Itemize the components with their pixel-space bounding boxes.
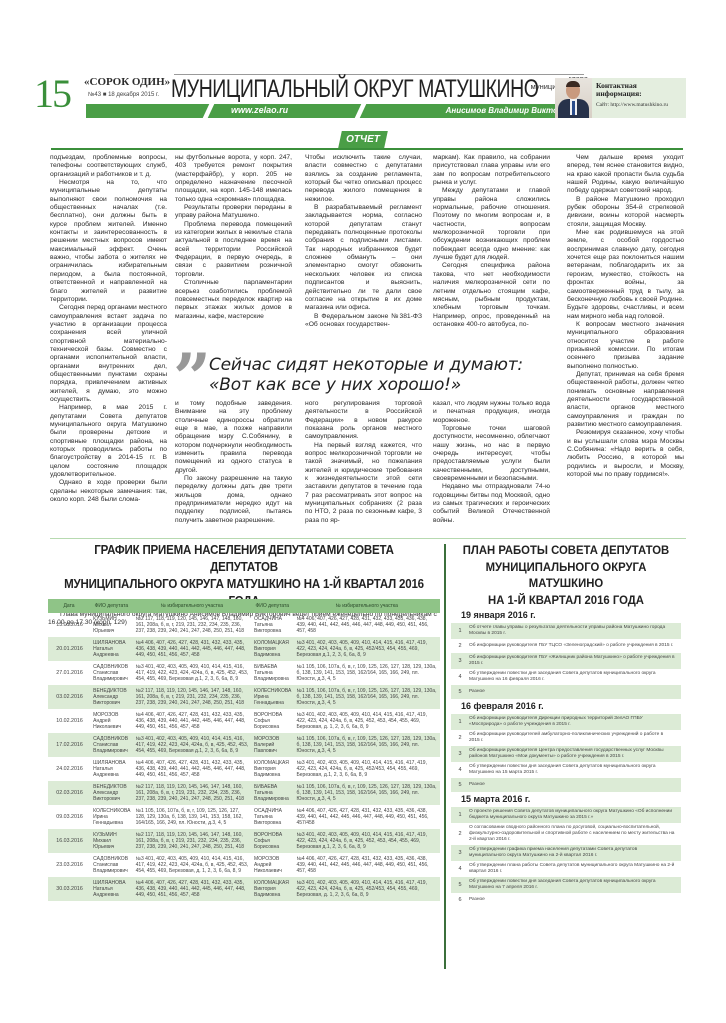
date-cell: 10.02.2016 <box>48 709 90 733</box>
article-column-2-lower: и тому подобные заведения. Внимание на э… <box>175 400 292 530</box>
plan-meetings: 19 января 2016 г.1Об отчете главы управы… <box>451 610 681 907</box>
precincts-cell: №4 406, 407, 426, 427, 428, 431, 432, 43… <box>133 637 251 661</box>
agenda-item: 1О проекте решения Совета депутатов муни… <box>451 807 681 823</box>
portrait-tie <box>572 101 575 115</box>
deputy-name-cell: САДОВНИКОВ Станислав Владимирович <box>90 661 133 685</box>
deputy-name-cell: САДОВНИКОВ Станислав Владимирович <box>90 733 133 757</box>
deputy-name-cell: КОЛОМАЦКАЯ Виктория Вадимовна <box>251 757 294 781</box>
paragraph: В Федеральном законе №381-ФЗ «Об основах… <box>305 313 422 330</box>
deputy-name-cell: ВЕНЕДИКТОВ Александр Викторович <box>90 685 133 709</box>
agenda-item-text: Об информации руководителя ГБУ ТЦСО «Зел… <box>469 643 681 649</box>
article-column-5: Чем дальше время уходит вперед, тем ясне… <box>567 154 684 530</box>
paragraph: Сегодня специфика района такова, что нет… <box>433 262 550 329</box>
agenda-item-text: Об утверждении графика приема населения … <box>469 847 681 859</box>
agenda-item-text: Об утверждении повестки дня заседания Со… <box>469 764 681 776</box>
agenda-item-text: Разное <box>469 689 681 695</box>
agenda-item-number: 2 <box>451 735 469 741</box>
agenda-item-number: 4 <box>451 767 469 773</box>
agenda-item-number: 2 <box>451 831 469 837</box>
contact-title: Контактная информация: <box>596 82 682 98</box>
agenda-item-number: 3 <box>451 850 469 856</box>
precincts-cell: №4 406, 407, 426, 427, 428, 431, 432, 43… <box>133 757 251 781</box>
work-plan: ПЛАН РАБОТЫ СОВЕТА ДЕПУТАТОВ МУНИЦИПАЛЬН… <box>451 542 681 907</box>
precincts-cell: №4 406, 407, 426, 427, 428, 431, 432, 43… <box>133 877 251 901</box>
table-row: 27.01.2016САДОВНИКОВ Станислав Владимиро… <box>48 661 440 685</box>
precincts-cell: №2 117, 118, 119, 120, 145, 146, 147, 14… <box>133 685 251 709</box>
agenda-item-text: О согласовании сводного районного плана … <box>469 825 681 843</box>
deputy-name-cell: МОРОЗОВ Андрей Николаевич <box>251 853 294 877</box>
section-divider <box>50 538 686 539</box>
agenda-item-number: 3 <box>451 751 469 757</box>
pull-quote: ” Сейчас сидят некоторые и думают: «Вот … <box>173 352 563 398</box>
agenda-item-number: 5 <box>451 882 469 888</box>
agenda-item-number: 6 <box>451 897 469 903</box>
article-column-3-lower: ного регулирования торговой деятельности… <box>305 400 422 530</box>
table-row: 03.02.2016ВЕНЕДИКТОВ Александр Викторови… <box>48 685 440 709</box>
agenda-item-text: О проекте решения Совета депутатов муниц… <box>469 809 681 821</box>
plan-title-line-2: МУНИЦИПАЛЬНОГО ОКРУГА МАТУШКИНО <box>460 559 672 592</box>
paragraph: Чтобы исключить такие случаи, власти сов… <box>305 154 422 204</box>
paragraph: Мне как родившемуся на этой земле, с осо… <box>567 229 684 321</box>
paragraph: Чем дальше время уходит вперед, тем ясне… <box>567 154 684 196</box>
date-cell: 03.02.2016 <box>48 685 90 709</box>
precincts-cell: №3 401, 402, 403, 405, 409, 410, 414, 41… <box>133 661 251 685</box>
precincts-cell: №2 117, 118, 119, 120, 145, 146, 147, 14… <box>133 829 251 853</box>
agenda-item-number: 2 <box>451 643 469 649</box>
agenda-item-number: 5 <box>451 689 469 695</box>
precincts-cell: №1 105, 106, 107а, б, в, г, 109, 125, 12… <box>294 661 441 685</box>
article-column-4: маркам). Как правило, на собрании присут… <box>433 154 550 339</box>
column-header: Дата <box>48 599 90 613</box>
agenda-item-text: Об информации руководителя Дирекции прир… <box>469 716 681 728</box>
deputy-name-cell: МОРОЗОВ Андрей Николаевич <box>90 709 133 733</box>
schedule-table: Дата ФИО депутата № избирательного участ… <box>48 599 440 901</box>
paragraph: В районе Матушкино проходил рубеж оборон… <box>567 196 684 229</box>
agenda-item: 4Об утверждении плана работы Совета депу… <box>451 861 681 877</box>
page-title: МУНИЦИПАЛЬНЫЙ ОКРУГ МАТУШКИНО <box>171 75 538 103</box>
contact-site-link[interactable]: Сайт: http://www.matushkino.ru <box>596 102 682 108</box>
table-row: 02.03.2016ВЕНЕДИКТОВ Александр Викторови… <box>48 781 440 805</box>
precincts-cell: №3 401, 402, 403, 405, 409, 410, 414, 41… <box>133 853 251 877</box>
deputy-name-cell: КУЗЬМИН Михаил Юрьевич <box>90 829 133 853</box>
paragraph: казал, что людям нужны только вода и печ… <box>433 400 550 425</box>
paragraph: и тому подобные заведения. Внимание на э… <box>175 400 292 475</box>
date-cell: 27.01.2016 <box>48 661 90 685</box>
date-cell: 23.03.2016 <box>48 853 90 877</box>
precincts-cell: №3 401, 402, 403, 405, 409, 410, 414, 41… <box>294 637 441 661</box>
paragraph: На первый взгляд кажется, что вопрос мел… <box>305 442 422 525</box>
paragraph: Например, в мае 2015 г. депутатами Совет… <box>50 404 167 479</box>
agenda-item: 2Об информации руководителя ГБУ ТЦСО «Зе… <box>451 639 681 653</box>
page-number: 15 <box>34 70 70 118</box>
table-row: 17.02.2016САДОВНИКОВ Станислав Владимиро… <box>48 733 440 757</box>
date-cell: 17.02.2016 <box>48 733 90 757</box>
head-name: Анисимов Владимир Викторович <box>374 106 582 115</box>
date-cell: 24.02.2016 <box>48 757 90 781</box>
agenda-item-text: Об отчете главы управы о результатах дея… <box>469 625 681 637</box>
reception-schedule: ГРАФИК ПРИЕМА НАСЕЛЕНИЯ ДЕПУТАТАМИ СОВЕТ… <box>48 542 440 1022</box>
agenda-item: 4Об утверждении повестки дня заседания С… <box>451 762 681 778</box>
paragraph: Недавно мы отпраздновали 74-ю годовщины … <box>433 483 550 525</box>
agenda-item-number: 4 <box>451 674 469 680</box>
table-row: 23.03.2016САДОВНИКОВ Станислав Владимиро… <box>48 853 440 877</box>
precincts-cell: №4 406, 407, 426, 427, 428, 431, 432, 43… <box>294 613 441 637</box>
paragraph: Резюмируя сказанное, хочу чтобы и вы усл… <box>567 429 684 479</box>
paragraph: Между депутатами и главой управы района … <box>433 187 550 262</box>
precincts-cell: №3 401, 402, 403, 405, 409, 410, 414, 41… <box>294 757 441 781</box>
column-divider <box>444 544 446 969</box>
agenda-item-text: Об информации руководителей амбулаторно-… <box>469 732 681 744</box>
paragraph: ного регулирования торговой деятельности… <box>305 400 422 442</box>
precincts-cell: №3 401, 402, 403, 405, 409, 410, 414, 41… <box>294 709 441 733</box>
header-band: www.zelao.ru Анисимов Владимир Викторови… <box>86 104 588 118</box>
deputy-name-cell: ВОРОНОВА Софья Борисовна <box>251 709 294 733</box>
agenda-item-text: Об утверждении повестки дня заседания Со… <box>469 671 681 683</box>
paragraph: Несмотря на то, что муниципальные депута… <box>50 179 167 304</box>
precincts-cell: №3 401, 402, 403, 405, 409, 410, 414, 41… <box>133 733 251 757</box>
precincts-cell: №1 105, 106, 107а, б, в, г, 109, 125, 12… <box>294 685 441 709</box>
paragraph: К вопросам местного значения муниципальн… <box>567 321 684 371</box>
band-divider <box>203 104 215 118</box>
meeting-date: 16 февраля 2016 г. <box>461 701 681 711</box>
article-column-4-lower: казал, что людям нужны только вода и печ… <box>433 400 550 530</box>
table-row: 10.02.2016МОРОЗОВ Андрей Николаевич№4 40… <box>48 709 440 733</box>
precincts-cell: №1 105, 106, 107а, б, в, г, 109, 125, 12… <box>133 805 251 829</box>
precincts-cell: №4 406, 407, 426, 427, 428, 431, 432, 43… <box>294 805 441 829</box>
paragraph: Столичные парламентарии всерьез озаботил… <box>175 279 292 321</box>
website-link[interactable]: www.zelao.ru <box>231 105 288 115</box>
date-cell: 09.03.2016 <box>48 805 90 829</box>
precincts-cell: №4 406, 407, 426, 427, 428, 431, 432, 43… <box>294 853 441 877</box>
deputy-name-cell: БИБАЕВА Татьяна Владимировна <box>251 661 294 685</box>
agenda-item: 3Об информации руководителя Центра предо… <box>451 746 681 762</box>
page-header: 15 «СОРОК ОДИН» №43 ■ 18 декабря 2015 г.… <box>34 74 686 118</box>
section-rule <box>51 148 683 150</box>
paragraph: подъездам, проблемные вопросы, телефоны … <box>50 154 167 179</box>
paragraph: Однако в ходе проверки были сделаны неко… <box>50 479 167 504</box>
precincts-cell: №1 105, 106, 107а, б, в, г, 109, 125, 12… <box>294 781 441 805</box>
precincts-cell: №3 401, 402, 403, 405, 409, 410, 414, 41… <box>294 829 441 853</box>
article-column-3: Чтобы исключить такие случаи, власти сов… <box>305 154 422 339</box>
agenda-item-number: 3 <box>451 658 469 664</box>
precincts-cell: №2 117, 118, 119, 120, 145, 146, 147, 14… <box>133 781 251 805</box>
deputy-name-cell: ШИЛЯАНОВА Наталья Андреевна <box>90 877 133 901</box>
agenda-item: 3Об утверждении графика приема населения… <box>451 845 681 861</box>
agenda-item-text: Об информации руководителя ГБУ «Жилищник… <box>469 655 681 667</box>
agenda-item-text: Об утверждении повестки дня заседания Со… <box>469 879 681 891</box>
paragraph: Депутат, принимая на себя бремя обществе… <box>567 371 684 429</box>
deputy-name-cell: ШИЛЯАНОВА Наталья Андреевна <box>90 757 133 781</box>
agenda-item: 2О согласовании сводного районного плана… <box>451 823 681 845</box>
issue-info: №43 ■ 18 декабря 2015 г. <box>88 92 159 98</box>
paragraph: По закону разрешение на такую переделку … <box>175 475 292 525</box>
meeting-date: 15 марта 2016 г. <box>461 794 681 804</box>
table-row: 13.01.2016КУЗЬМИН Михаил Юрьевич№2 117, … <box>48 613 440 637</box>
newspaper-name: «СОРОК ОДИН» <box>84 76 170 88</box>
agenda-item-number: 5 <box>451 782 469 788</box>
paragraph: Сегодня перед органами местного самоупра… <box>50 304 167 404</box>
agenda-item-text: Разное <box>469 897 681 903</box>
plan-title-line-1: ПЛАН РАБОТЫ СОВЕТА ДЕПУТАТОВ <box>460 542 672 559</box>
paragraph: В разрабатываемый регламент закладываетс… <box>305 204 422 312</box>
deputy-name-cell: ВЕНЕДИКТОВ Александр Викторович <box>90 781 133 805</box>
date-cell: 30.03.2016 <box>48 877 90 901</box>
paragraph: ны футбольные ворота, у корп. 247, 403 т… <box>175 154 292 204</box>
portrait-hair <box>566 81 580 87</box>
table-row: 30.03.2016ШИЛЯАНОВА Наталья Андреевна№4 … <box>48 877 440 901</box>
agenda-item-text: Разное <box>469 782 681 788</box>
agenda-item: 3Об информации руководителя ГБУ «Жилищни… <box>451 653 681 669</box>
agenda-item: 4Об утверждении повестки дня заседания С… <box>451 669 681 685</box>
meeting-date: 19 января 2016 г. <box>461 610 681 620</box>
agenda-item: 2Об информации руководителей амбулаторно… <box>451 730 681 746</box>
agenda-item: 5Об утверждении повестки дня заседания С… <box>451 877 681 893</box>
contact-box: Контактная информация: Сайт: http://www.… <box>592 78 686 118</box>
agenda-item-number: 1 <box>451 628 469 634</box>
agenda-item-number: 1 <box>451 719 469 725</box>
paragraph: Торговые точки шаговой доступности, несо… <box>433 425 550 483</box>
agenda-item-number: 4 <box>451 866 469 872</box>
band-divider <box>355 104 367 118</box>
precincts-cell: №3 401, 402, 403, 405, 409, 410, 414, 41… <box>294 877 441 901</box>
deputy-name-cell: КОЛЕСНИКОВА Ирина Геннадьевна <box>90 805 133 829</box>
deputy-name-cell: КОЛЕСНИКОВА Ирина Геннадьевна <box>251 685 294 709</box>
article-column-1: подъездам, проблемные вопросы, телефоны … <box>50 154 167 530</box>
article-column-2: ны футбольные ворота, у корп. 247, 403 т… <box>175 154 292 339</box>
agenda-item: 6Разное <box>451 893 681 907</box>
section-tag: ОТЧЕТ <box>338 131 388 148</box>
table-row: 09.03.2016КОЛЕСНИКОВА Ирина Геннадьевна№… <box>48 805 440 829</box>
deputy-name-cell: САДОВНИКОВ Станислав Владимирович <box>90 853 133 877</box>
deputy-name-cell: МОРОЗОВ Валерий Павлович <box>251 733 294 757</box>
agenda-item: 5Разное <box>451 685 681 699</box>
date-cell: 02.03.2016 <box>48 781 90 805</box>
agenda-item-text: Об утверждении плана работы Совета депут… <box>469 863 681 875</box>
paragraph: Результаты проверки переданы в управу ра… <box>175 204 292 221</box>
plan-title-line-3: НА 1-Й КВАРТАЛ 2016 ГОДА <box>460 592 672 609</box>
deputy-name-cell: КОЛОМАЦКАЯ Виктория Вадимовна <box>251 637 294 661</box>
section-tag-label: ОТЧЕТ <box>340 131 386 148</box>
deputy-name-cell: ОСАДЧИНА Татьяна Викторовна <box>251 613 294 637</box>
column-header: ФИО депутата <box>90 599 133 613</box>
column-header: № избирательного участка <box>294 599 441 613</box>
agenda-item: 1Об отчете главы управы о результатах де… <box>451 623 681 639</box>
agenda-item: 1Об информации руководителя Дирекции при… <box>451 714 681 730</box>
column-header: ФИО депутата <box>251 599 294 613</box>
head-portrait-photo <box>555 78 592 118</box>
column-header: № избирательного участка <box>133 599 251 613</box>
deputy-name-cell: ВОРОНОВА Софья Борисовна <box>251 829 294 853</box>
date-cell: 20.01.2016 <box>48 637 90 661</box>
agenda-item-number: 1 <box>451 812 469 818</box>
table-row: 20.01.2016ШИЛЯАНОВА Наталья Андреевна№4 … <box>48 637 440 661</box>
date-cell: 16.03.2016 <box>48 829 90 853</box>
deputy-name-cell: БИБАЕВА Татьяна Владимировна <box>251 781 294 805</box>
precincts-cell: №4 406, 407, 426, 427, 428, 431, 432, 43… <box>133 709 251 733</box>
table-row: 24.02.2016ШИЛЯАНОВА Наталья Андреевна№4 … <box>48 757 440 781</box>
paragraph: Проблема перевода помещений из категории… <box>175 221 292 279</box>
pull-quote-text: Сейчас сидят некоторые и думают: «Вот ка… <box>209 355 563 395</box>
paragraph: маркам). Как правило, на собрании присут… <box>433 154 550 187</box>
precincts-cell: №1 105, 106, 107а, б, в, г, 109, 125, 12… <box>294 733 441 757</box>
table-header-row: Дата ФИО депутата № избирательного участ… <box>48 599 440 613</box>
date-cell: 13.01.2016 <box>48 613 90 637</box>
precincts-cell: №2 117, 118, 119, 120, 145, 146, 147, 14… <box>133 613 251 637</box>
schedule-title-line-1: ГРАФИК ПРИЕМА НАСЕЛЕНИЯ ДЕПУТАТАМИ СОВЕТ… <box>64 542 425 576</box>
agenda-item-text: Об информации руководителя Центра предос… <box>469 748 681 760</box>
deputy-name-cell: ШИЛЯАНОВА Наталья Андреевна <box>90 637 133 661</box>
deputy-name-cell: ОСАДЧИНА Татьяна Викторовна <box>251 805 294 829</box>
deputy-name-cell: КУЗЬМИН Михаил Юрьевич <box>90 613 133 637</box>
table-row: 16.03.2016КУЗЬМИН Михаил Юрьевич№2 117, … <box>48 829 440 853</box>
deputy-name-cell: КОЛОМАЦКАЯ Виктория Вадимовна <box>251 877 294 901</box>
agenda-item: 5Разное <box>451 778 681 792</box>
